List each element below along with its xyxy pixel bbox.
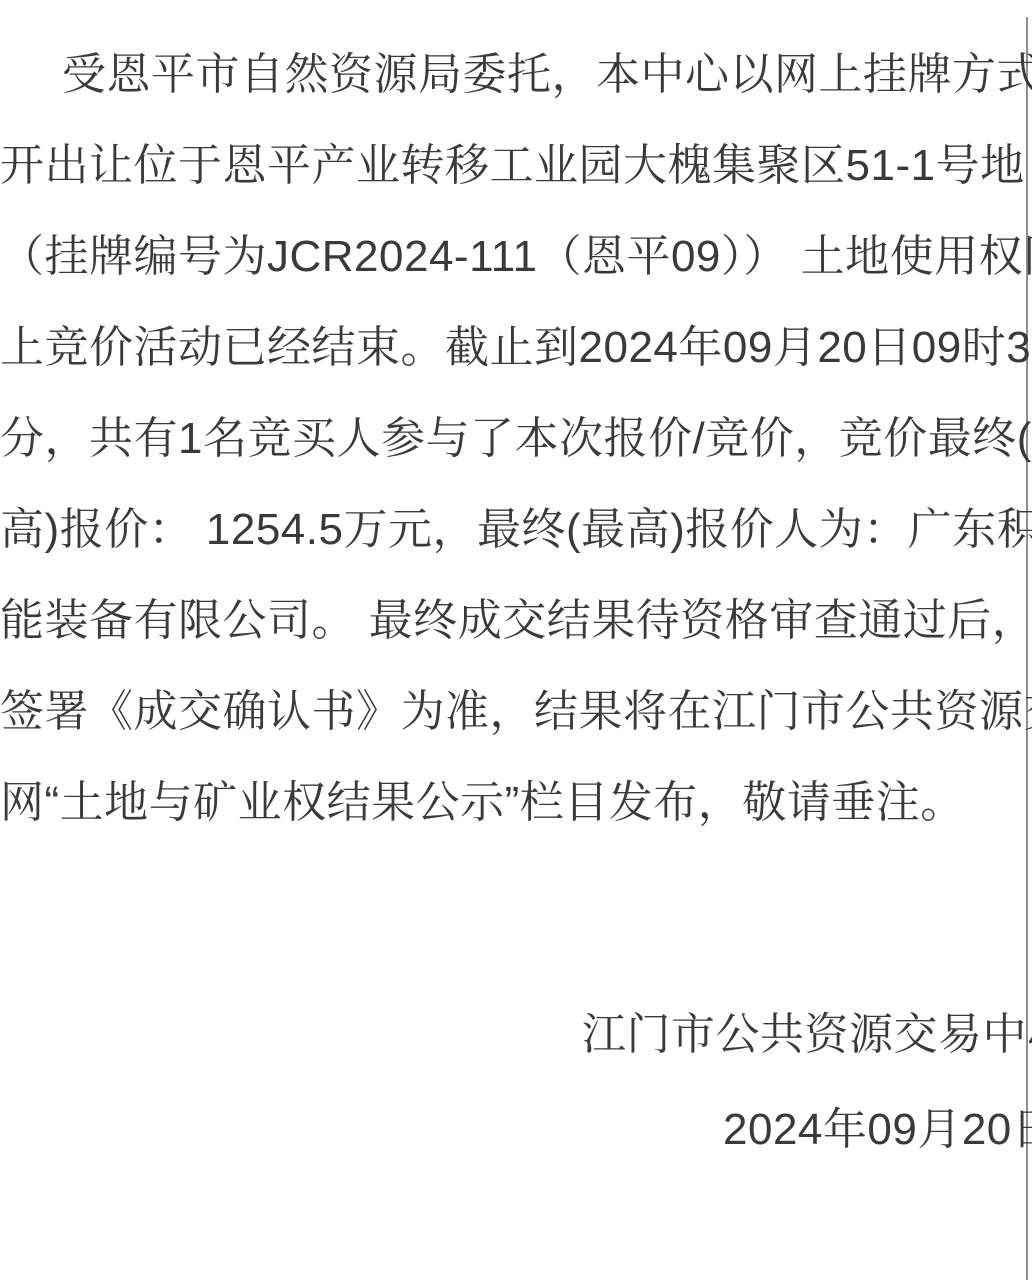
announcement-line: 上竞价活动已经结束。截止到2024年09月20日09时30 — [0, 302, 1032, 393]
announcement-body: 受恩平市自然资源局委托，本中心以网上挂牌方式公 开出让位于恩平产业转移工业园大槐… — [0, 29, 1032, 848]
announcement-line: 受恩平市自然资源局委托，本中心以网上挂牌方式公 — [0, 29, 1032, 120]
announcement-line: （挂牌编号为JCR2024-111（恩平09）） 土地使用权网 — [0, 211, 1032, 302]
issue-date: 2024年09月20日 — [723, 1084, 1032, 1175]
announcement-line: 网“土地与矿业权结果公示”栏目发布，敬请垂注。 — [0, 757, 1032, 848]
announcement-line: 开出让位于恩平产业转移工业园大槐集聚区51-1号地 — [0, 120, 1032, 211]
announcement-line: 签署《成交确认书》为准，结果将在江门市公共资源交易 — [0, 666, 1032, 757]
issuer-signature: 江门市公共资源交易中心 — [582, 989, 1032, 1080]
announcement-line: 高)报价： 1254.5万元，最终(最高)报价人为：广东积美智 — [0, 484, 1032, 575]
announcement-line: 能装备有限公司。 最终成交结果待资格审查通过后，以 — [0, 575, 1032, 666]
announcement-line: 分，共有1名竞买人参与了本次报价/竞价，竞价最终(最 — [0, 393, 1032, 484]
announcement-page: 受恩平市自然资源局委托，本中心以网上挂牌方式公 开出让位于恩平产业转移工业园大槐… — [0, 0, 1032, 1280]
